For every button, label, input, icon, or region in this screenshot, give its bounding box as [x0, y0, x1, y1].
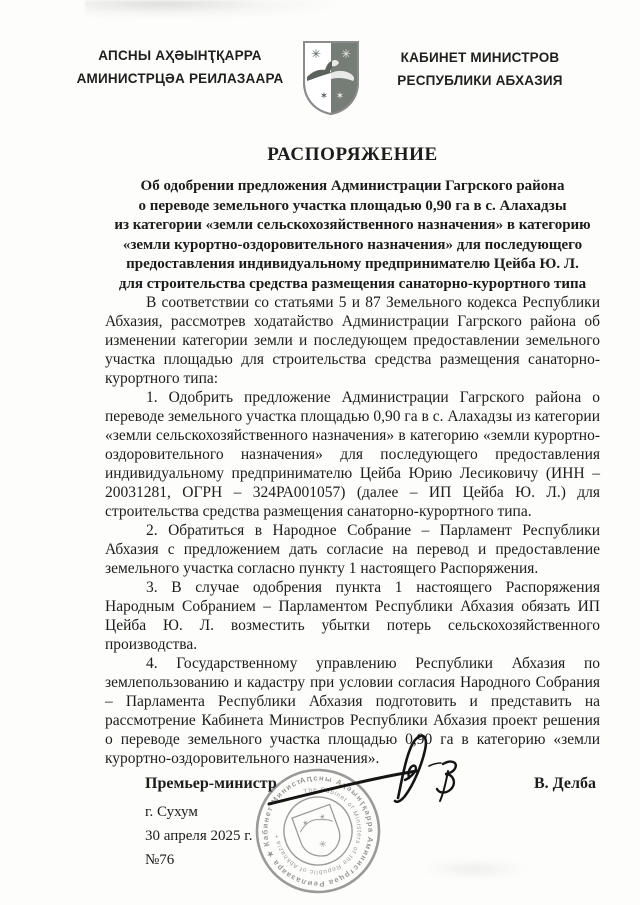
- document-place: г. Сухум: [145, 804, 253, 821]
- subject-line: предоставления индивидуальному предприни…: [85, 255, 620, 275]
- star-glyph: ✳: [311, 47, 321, 61]
- coat-of-arms-icon: ✳ ✳ ✶ ✶: [299, 37, 363, 117]
- org-name-abkhaz: АПСНЫ АҲӘЫНҬҚАРРА АМИНИСТРЦӘА РЕИЛАЗААРА: [55, 44, 305, 90]
- document-body: В соответствии со статьями 5 и 87 Земель…: [105, 293, 600, 768]
- star-glyph: ✳: [341, 47, 351, 61]
- subject-line: о переводе земельного участка площадью 0…: [85, 197, 620, 217]
- document-subject: Об одобрении предложения Администрации Г…: [85, 177, 620, 294]
- scan-noise-artifact: [85, 0, 345, 20]
- handwritten-signature: [255, 722, 475, 817]
- star-glyph: ✶: [320, 91, 328, 102]
- subject-line: «земли курортно-оздоровительного назначе…: [85, 236, 620, 256]
- preamble-paragraph: В соответствии со статьями 5 и 87 Земель…: [105, 293, 600, 388]
- star-glyph: ✶: [336, 91, 344, 102]
- org-name-russian: КАБИНЕТ МИНИСТРОВ РЕСПУБЛИКИ АБХАЗИЯ: [375, 46, 585, 92]
- signatory-name: В. Делба: [534, 775, 596, 793]
- star-glyph: ✶: [301, 818, 310, 829]
- subject-line: из категории «земли сельскохозяйственног…: [85, 216, 620, 236]
- item-2-paragraph: 2. Обратиться в Народное Собрание – Парл…: [105, 521, 600, 578]
- document-date: 30 апреля 2025 г.: [145, 828, 253, 845]
- star-glyph: ✳: [318, 838, 329, 850]
- document-number: №76: [145, 852, 253, 869]
- item-3-paragraph: 3. В случае одобрения пункта 1 настоящег…: [105, 578, 600, 654]
- scan-noise-artifact: [420, 858, 530, 880]
- subject-line: Об одобрении предложения Администрации Г…: [85, 177, 620, 197]
- document-page: АПСНЫ АҲӘЫНҬҚАРРА АМИНИСТРЦӘА РЕИЛАЗААРА: [0, 0, 640, 905]
- subject-line: для строительства средства размещения са…: [85, 275, 620, 295]
- signatory-post: Премьер-министр: [145, 775, 277, 793]
- org-name-russian-line2: РЕСПУБЛИКИ АБХАЗИЯ: [375, 69, 585, 92]
- org-name-abkhaz-line1: АПСНЫ АҲӘЫНҬҚАРРА: [55, 44, 305, 67]
- item-1-paragraph: 1. Одобрить предложение Администрации Га…: [105, 388, 600, 521]
- org-name-russian-line1: КАБИНЕТ МИНИСТРОВ: [375, 46, 585, 69]
- org-name-abkhaz-line2: АМИНИСТРЦӘА РЕИЛАЗААРА: [55, 67, 305, 90]
- document-title: РАСПОРЯЖЕНИЕ: [105, 144, 600, 166]
- document-footer: г. Сухум 30 апреля 2025 г. №76: [145, 804, 253, 876]
